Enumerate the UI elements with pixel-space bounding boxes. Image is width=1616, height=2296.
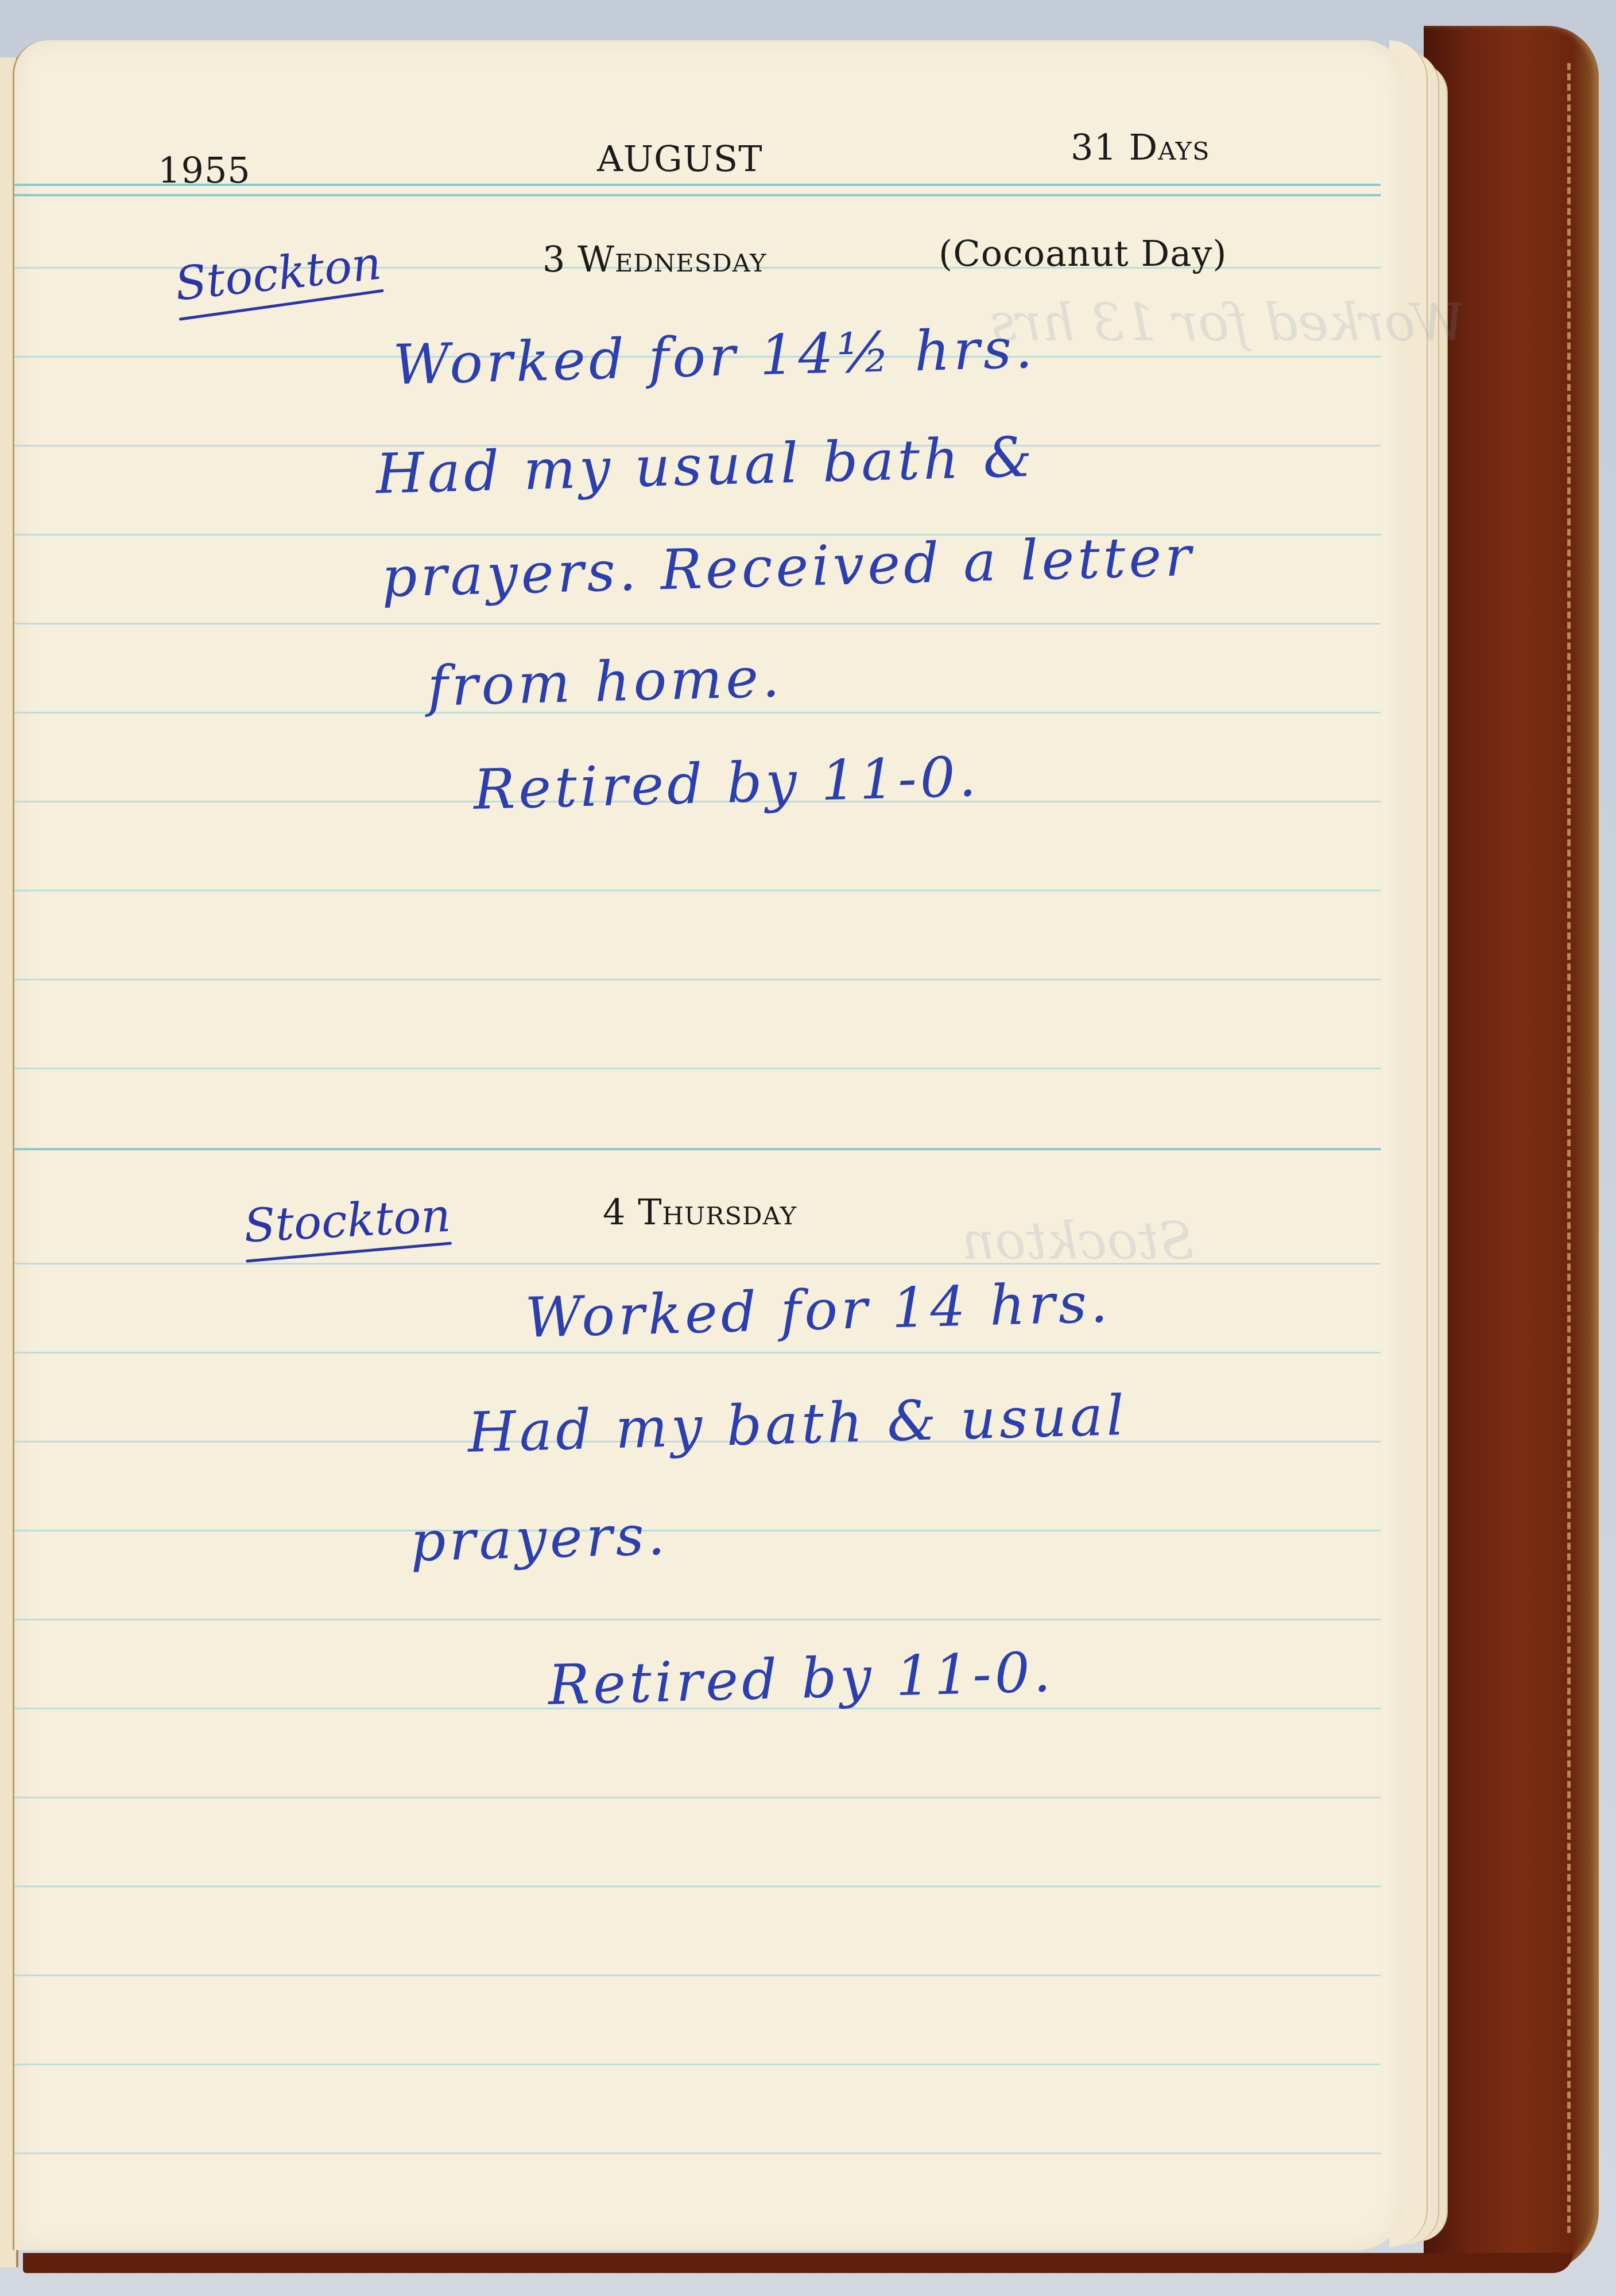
ruled-line <box>14 2064 1381 2065</box>
ruled-line <box>14 623 1381 625</box>
ruled-line <box>14 1619 1381 1620</box>
entry-2-line: prayers. <box>410 1503 669 1574</box>
ruled-line <box>14 712 1381 713</box>
entry-2-line: Had my bath & usual <box>467 1383 1129 1465</box>
year-label: 1955 <box>158 149 251 191</box>
entry-1-note: (Cocoanut Day) <box>939 232 1227 274</box>
diary-page: Worked for 13 hrs Stockton 1955 AUGUST 3… <box>13 40 1404 2250</box>
bleed-through-text: Stockton <box>962 1211 1194 1271</box>
entry-1-place: Stockton <box>173 236 385 317</box>
ruled-line <box>14 1352 1381 1353</box>
ruled-line <box>14 1068 1381 1069</box>
entry-1-line: prayers. Received a letter <box>381 524 1196 610</box>
entry-1-day-label: 3 Wednesday <box>542 238 766 280</box>
entry-1-line: from home. <box>427 645 784 719</box>
entry-2-day-label: 4 Thursday <box>603 1191 797 1233</box>
entry-2-place: Stockton <box>243 1189 452 1259</box>
ruled-line <box>14 979 1381 980</box>
entry-1-line: Retired by 11-0. <box>473 744 981 822</box>
entry-1-line: Worked for 14½ hrs. <box>393 316 1037 397</box>
entry-1-line: Had my usual bath & <box>375 425 1037 506</box>
ruled-line <box>14 890 1381 891</box>
ruled-line <box>14 1797 1381 1798</box>
cover-stitching <box>1567 63 1571 2233</box>
bleed-through-text: Worked for 13 hrs <box>990 293 1465 353</box>
header-rule <box>14 194 1381 196</box>
days-count-label: 31 Days <box>1071 126 1210 168</box>
ruled-line <box>14 1975 1381 1976</box>
month-label: AUGUST <box>597 138 763 180</box>
ruled-line <box>14 1886 1381 1887</box>
ruled-line <box>14 2152 1381 2154</box>
entry-2-line: Retired by 11-0. <box>548 1640 1055 1717</box>
entry-2-line: Worked for 14 hrs. <box>525 1270 1112 1350</box>
leather-cover-bottom <box>23 2253 1573 2273</box>
ruled-line <box>14 1530 1381 1531</box>
day-divider-rule <box>14 1148 1381 1150</box>
leather-cover <box>1424 26 1599 2273</box>
